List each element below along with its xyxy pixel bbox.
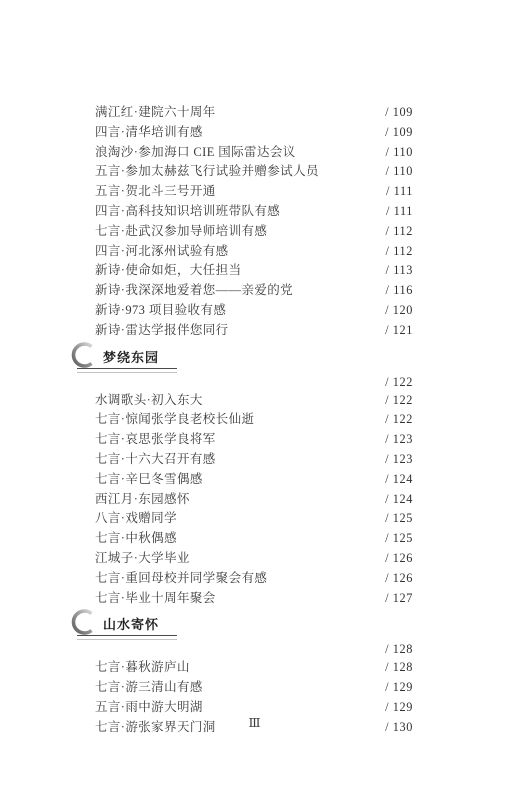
toc-entry: 七言·暮秋游庐山 / 128 [95,658,413,678]
entry-title: 新诗·我深深地爱着您——亲爱的党 [95,281,293,301]
entry-title: 七言·游三清山有感 [95,678,203,698]
entry-title: 四言·高科技知识培训班带队有感 [95,202,280,222]
entry-page-number: / 123 [385,450,413,470]
section-block: 山水寄怀 / 128 [95,613,413,656]
entry-page-number: / 109 [385,103,413,123]
entry-page-number: / 122 [385,410,413,430]
entry-page-number: / 111 [386,182,413,202]
toc-entry: 四言·河北涿州试验有感 / 112 [95,242,413,262]
section-page-number: / 122 [385,375,413,389]
toc-entry: 西江月·东园感怀 / 124 [95,490,413,510]
section-swirl-icon [70,341,98,369]
page-footer: Ⅲ [0,714,510,732]
entry-title: 江城子·大学毕业 [95,549,190,569]
entry-title: 五言·参加太赫兹飞行试验并赠参试人员 [95,162,319,182]
entry-page-number: / 126 [385,569,413,589]
section-block: 梦绕东园 / 122 [95,346,413,389]
entry-title: 浪淘沙·参加海口 CIE 国际雷达会议 [95,143,296,163]
toc-entry: 浪淘沙·参加海口 CIE 国际雷达会议 / 110 [95,143,413,163]
entry-title: 四言·河北涿州试验有感 [95,242,229,262]
toc-entry: 七言·辛巳冬雪偶感 / 124 [95,470,413,490]
entry-page-number: / 120 [385,301,413,321]
entry-page-number: / 129 [385,678,413,698]
entry-page-number: / 125 [385,509,413,529]
toc-entry: 七言·赴武汉参加导师培训有感 / 112 [95,222,413,242]
toc-entry: 四言·清华培训有感 / 109 [95,123,413,143]
entry-title: 新诗·使命如炬，大任担当 [95,261,241,281]
folio-page-number: Ⅲ [248,716,261,730]
toc-entry: 新诗·我深深地爱着您——亲爱的党 / 116 [95,281,413,301]
entry-page-number: / 124 [385,470,413,490]
entry-title: 七言·毕业十周年聚会 [95,589,216,609]
toc-entry: 满江红·建院六十周年 / 109 [95,103,413,123]
section-page-number: / 128 [385,642,413,656]
entry-page-number: / 124 [385,490,413,510]
entry-title: 新诗·雷达学报伴您同行 [95,321,229,341]
toc-entry: 新诗·973 项目验收有感 / 120 [95,301,413,321]
toc-entry: 水调歌头·初入东大 / 122 [95,391,413,411]
book-toc-page: 满江红·建院六十周年 / 109 四言·清华培训有感 / 109 浪淘沙·参加海… [0,0,510,800]
entry-page-number: / 126 [385,549,413,569]
entry-page-number: / 121 [385,321,413,341]
entry-title: 八言·戏赠同学 [95,509,177,529]
entry-page-number: / 128 [385,658,413,678]
toc-entry: 江城子·大学毕业 / 126 [95,549,413,569]
toc-entry: 七言·十六大召开有感 / 123 [95,450,413,470]
entry-title: 七言·暮秋游庐山 [95,658,190,678]
entry-title: 满江红·建院六十周年 [95,103,216,123]
entry-title: 西江月·东园感怀 [95,490,190,510]
toc-entry: 七言·毕业十周年聚会 / 127 [95,589,413,609]
entry-title: 七言·惊闻张学良老校长仙逝 [95,410,254,430]
entry-page-number: / 110 [386,162,413,182]
entry-page-number: / 116 [386,281,413,301]
entry-title: 七言·赴武汉参加导师培训有感 [95,222,267,242]
toc-entry: 新诗·使命如炬，大任担当 / 113 [95,261,413,281]
section-page-row: / 128 [95,642,413,656]
toc-entry: 七言·游三清山有感 / 129 [95,678,413,698]
toc-entry: 五言·参加太赫兹飞行试验并赠参试人员 / 110 [95,162,413,182]
entry-page-number: / 111 [386,202,413,222]
section-header: 梦绕东园 [87,346,177,373]
entry-title: 四言·清华培训有感 [95,123,203,143]
toc-entry: 七言·中秋偶感 / 125 [95,529,413,549]
entry-page-number: / 122 [385,391,413,411]
entry-page-number: / 125 [385,529,413,549]
entry-title: 七言·辛巳冬雪偶感 [95,470,203,490]
section-header: 山水寄怀 [87,613,177,640]
entry-title: 水调歌头·初入东大 [95,391,203,411]
entry-title: 七言·重回母校并同学聚会有感 [95,569,267,589]
entry-page-number: / 110 [386,143,413,163]
section-title: 山水寄怀 [103,617,159,632]
section-swirl-icon [70,608,98,636]
entry-page-number: / 112 [386,242,413,262]
entry-title: 五言·贺北斗三号开通 [95,182,216,202]
section-page-row: / 122 [95,375,413,389]
entry-title: 七言·哀思张学良将军 [95,430,216,450]
toc-entry: 七言·哀思张学良将军 / 123 [95,430,413,450]
toc-entry: 五言·贺北斗三号开通 / 111 [95,182,413,202]
toc-entry: 新诗·雷达学报伴您同行 / 121 [95,321,413,341]
entry-title: 七言·中秋偶感 [95,529,177,549]
toc-entry: 八言·戏赠同学 / 125 [95,509,413,529]
toc-entry: 七言·重回母校并同学聚会有感 / 126 [95,569,413,589]
entry-page-number: / 113 [386,261,413,281]
entry-title: 新诗·973 项目验收有感 [95,301,226,321]
toc-entry: 四言·高科技知识培训班带队有感 / 111 [95,202,413,222]
toc-entry: 七言·惊闻张学良老校长仙逝 / 122 [95,410,413,430]
entry-page-number: / 112 [386,222,413,242]
toc-content: 满江红·建院六十周年 / 109 四言·清华培训有感 / 109 浪淘沙·参加海… [95,103,413,738]
section-title: 梦绕东园 [103,350,159,365]
entry-page-number: / 127 [385,589,413,609]
entry-title: 七言·十六大召开有感 [95,450,216,470]
entry-page-number: / 123 [385,430,413,450]
entry-page-number: / 109 [385,123,413,143]
